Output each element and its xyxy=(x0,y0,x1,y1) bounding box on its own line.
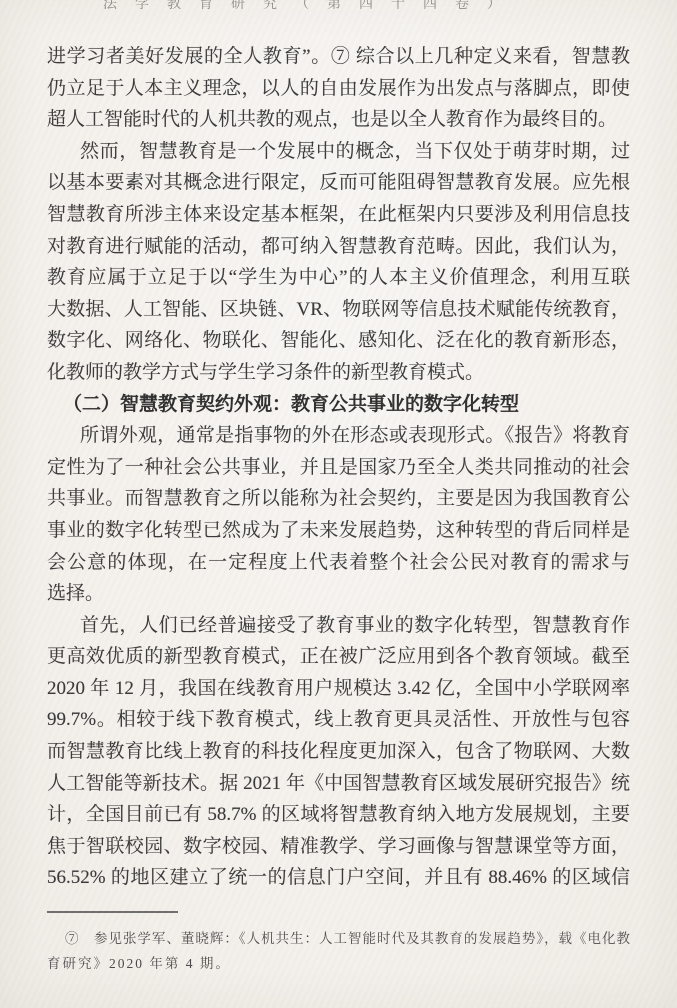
body-line: 共事业。而智慧教育之所以能称为社会契约，主要是因为我国教育公共 xyxy=(47,483,630,515)
body-line: 化教师的教学方式与学生学习条件的新型教育模式。 xyxy=(47,357,630,389)
footnote-block: ⑦ 参见张学军、董晓辉：《人机共生：人工智能时代及其教育的发展趋势》，载《电化教… xyxy=(47,911,630,976)
body-line: 会公意的体现，在一定程度上代表着整个社会公民对教育的需求与 xyxy=(47,547,630,579)
body-line: 超人工智能时代的人机共教的观点，也是以全人教育作为最终目的。 xyxy=(47,104,630,136)
body-line: 定性为了一种社会公共事业，并且是国家乃至全人类共同推动的社会公 xyxy=(47,452,630,484)
body-line: 数字化、网络化、物联化、智能化、感知化、泛在化的教育新形态，进而优 xyxy=(47,325,630,357)
body-line: 选择。 xyxy=(47,578,630,610)
body-line: 2020 年 12 月，我国在线教育用户规模达 3.42 亿，全国中小学联网率达 xyxy=(47,673,630,705)
body-line: 而智慧教育比线上教育的科技化程度更加深入，包含了物联网、大数据、 xyxy=(47,736,630,768)
body-line: 大数据、人工智能、区块链、VR、物联网等信息技术赋能传统教育，打造 xyxy=(47,294,630,326)
body-line: 首先，人们已经普遍接受了教育事业的数字化转型，智慧教育作为 xyxy=(47,610,630,642)
body-line: 焦于智联校园、数字校园、精准教学、学习画像与智慧课堂等方面， xyxy=(47,831,630,863)
body-line: 以基本要素对其概念进行限定，反而可能阻碍智慧教育发展。应先根据 xyxy=(47,167,630,199)
body-line: 所谓外观，通常是指事物的外在形态或表现形式。《报告》将教育 xyxy=(47,420,630,452)
footnote-divider xyxy=(47,911,178,913)
body-line: 人工智能等新技术。据 2021 年《中国智慧教育区域发展研究报告》统 xyxy=(47,768,630,800)
body-line: 然而，智慧教育是一个发展中的概念，当下仅处于萌芽时期，过早地 xyxy=(47,136,630,168)
body-line: 计，全国目前已有 58.7% 的区域将智慧教育纳入地方发展规划，主要聚 xyxy=(47,799,630,831)
body-line: 智慧教育所涉主体来设定基本框架，在此框架内只要涉及利用信息技术 xyxy=(47,199,630,231)
body-line: 99.7%。相较于线下教育模式，线上教育更具灵活性、开放性与包容性， xyxy=(47,704,630,736)
article-body: 进学习者美好发展的全人教育”。⑦ 综合以上几种定义来看，智慧教育 仍立足于人本主… xyxy=(47,41,630,894)
body-line: 仍立足于人本主义理念，以人的自由发展作为出发点与落脚点，即使持 xyxy=(47,73,630,105)
body-line: 教育应属于立足于以“学生为中心”的人本主义价值理念，利用互联网、 xyxy=(47,262,630,294)
footnote-line: 育研究》2020 年第 4 期。 xyxy=(47,951,630,976)
body-line: 更高效优质的新型教育模式，正在被广泛应用到各个教育领域。截至 xyxy=(47,641,630,673)
section-heading: （二）智慧教育契约外观：教育公共事业的数字化转型 xyxy=(47,389,630,421)
body-line: 对教育进行赋能的活动，都可纳入智慧教育范畴。因此，我们认为，智慧 xyxy=(47,231,630,263)
scanned-journal-page: 法学教育研究（第四十四卷） 进学习者美好发展的全人教育”。⑦ 综合以上几种定义来… xyxy=(0,0,677,1008)
body-line: 56.52% 的地区建立了统一的信息门户空间，并且有 88.46% 的区域信息 xyxy=(47,862,630,894)
body-line: 事业的数字化转型已然成为了未来发展趋势，这种转型的背后同样是社 xyxy=(47,515,630,547)
body-line: 进学习者美好发展的全人教育”。⑦ 综合以上几种定义来看，智慧教育 xyxy=(47,41,630,73)
footnote-line: ⑦ 参见张学军、董晓辉：《人机共生：人工智能时代及其教育的发展趋势》，载《电化教 xyxy=(47,926,630,951)
running-header: 法学教育研究（第四十四卷） xyxy=(103,0,519,13)
